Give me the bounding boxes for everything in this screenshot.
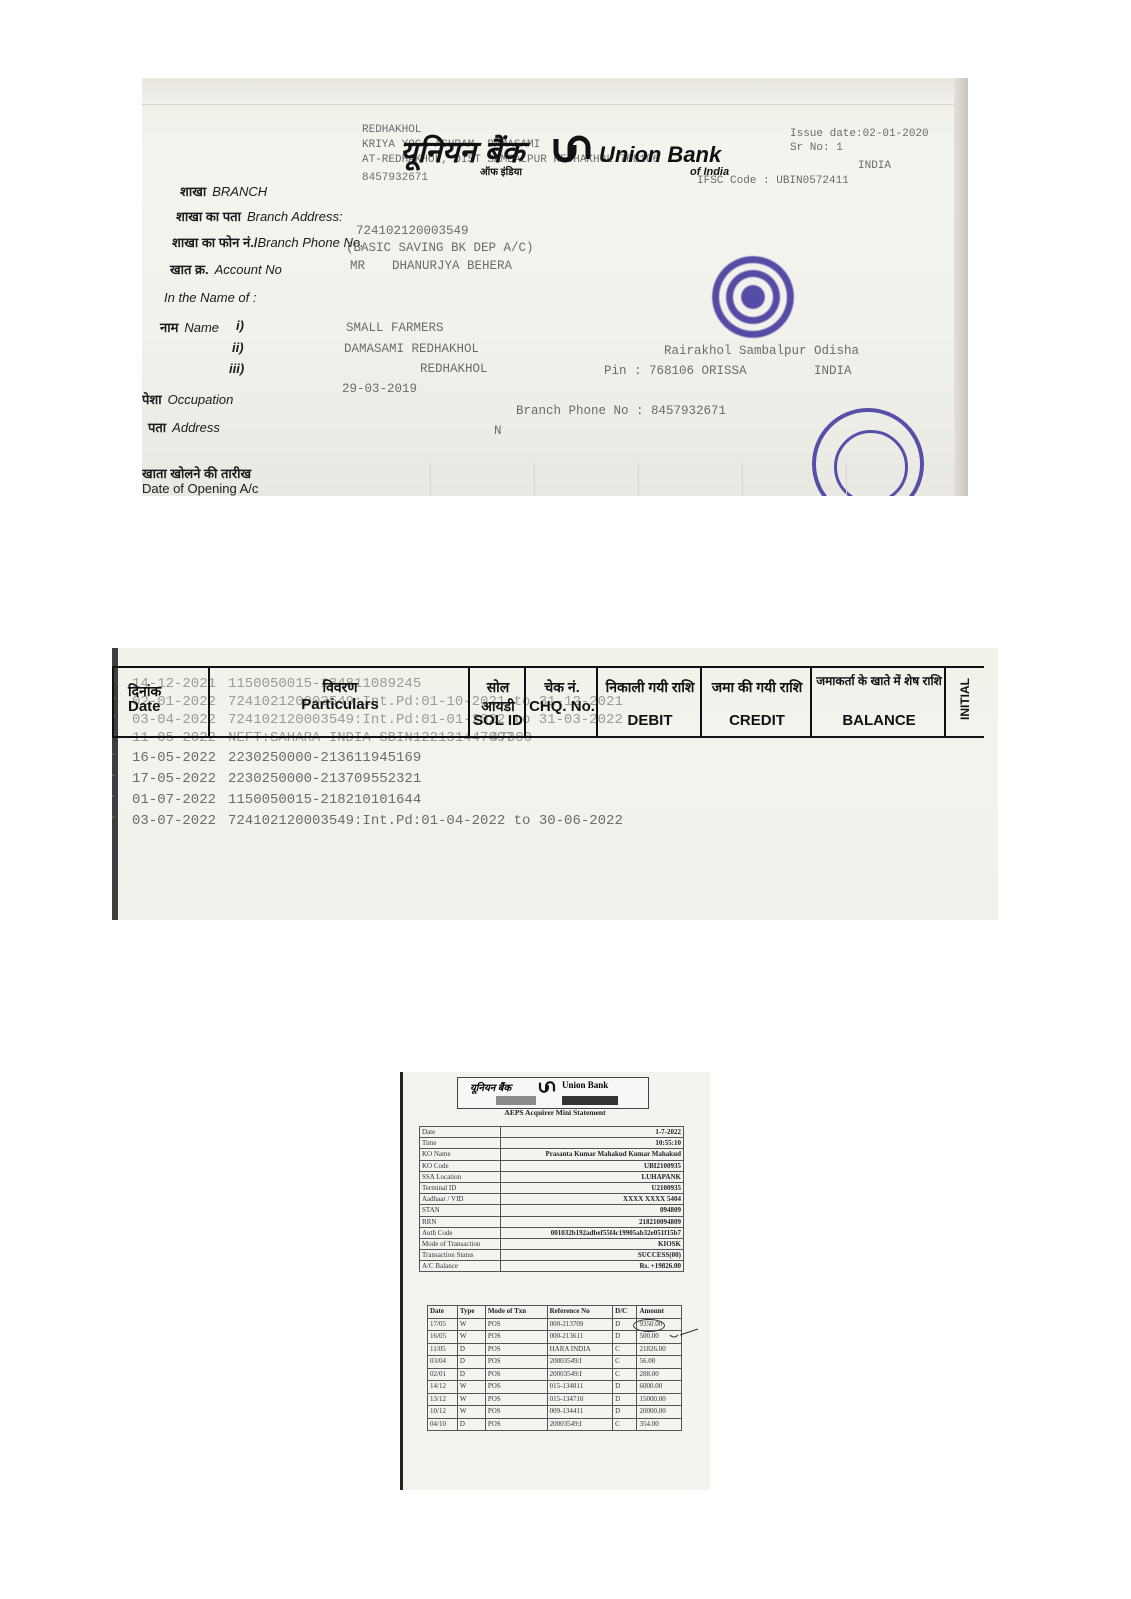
tx-cell: POS [485,1381,547,1394]
field-value: LUHAPANK [501,1171,684,1182]
tx-cell: POS [485,1343,547,1356]
ink-stamp-top [712,256,794,338]
field-value: SUCCESS(00) [501,1250,684,1261]
label-name: नामName [160,318,219,336]
address-country: INDIA [814,364,852,378]
row-particulars: 724102120003549:Int.Pd:01-04-2022 to 30-… [228,813,623,829]
field-label: Auth Code [420,1227,501,1238]
receipt-logo-hindi: यूनियन बैंक [470,1080,511,1094]
union-bank-logo-icon [538,1080,556,1094]
tx-cell: POS [485,1406,547,1419]
tx-cell: D [457,1356,485,1369]
name-line-2: DAMASAMI REDHAKHOL [344,342,479,356]
tx-cell: POS [485,1318,547,1331]
tx-cell: POS [485,1418,547,1431]
pen-circle-mark [633,1319,665,1332]
row-date: 03-07-2022 [132,813,216,829]
tx-cell: 10/12 [428,1406,458,1419]
row-balance: 933.00Cr [112,813,116,829]
tx-column-header: Mode of Txn [485,1306,547,1319]
field-label: Transaction Status [420,1250,501,1261]
receipt-field-row: KO CodeUBI2100935 [420,1160,684,1171]
field-value: 094809 [501,1205,684,1216]
tx-row: 14/12WPOS015-134811D6000.00 [428,1381,682,1394]
tx-cell: 20003549:I [547,1368,613,1381]
tx-cell: 288.00 [637,1368,682,1381]
receipt-logo-english: Union Bank [562,1080,608,1090]
label-opening-date-en: Date of Opening A/c [142,481,258,496]
tx-cell: 14/12 [428,1381,458,1394]
tx-cell: 20003549:I [547,1356,613,1369]
row-date: 16-05-2022 [132,750,216,766]
tx-cell: W [457,1318,485,1331]
receipt-field-row: Auth Code001032b192adbef55f4c19905ab32e0… [420,1227,684,1238]
label-name-iii: iii) [229,361,244,376]
receipt-details-table: Date1-7-2022Time10:55:10KO NamePrasanta … [419,1126,684,1272]
field-label: Aadhaar / VID [420,1194,501,1205]
field-value: KIOSK [501,1238,684,1249]
serial-number: Sr No: 1 [790,142,843,154]
tx-row: 03/04DPOS20003549:IC56.00 [428,1356,682,1369]
opening-date-value: 29-03-2019 [342,382,417,396]
tx-column-header: Reference No [547,1306,613,1319]
tx-cell: W [457,1406,485,1419]
tx-cell: 20000.00 [637,1406,682,1419]
tx-column-header: D/C [613,1306,637,1319]
column-header-balance: जमाकर्ता के खाते में शेष राशि BALANCE [810,666,946,738]
account-number: 724102120003549 [356,224,469,238]
tx-cell: 11/05 [428,1343,458,1356]
tx-cell: D [613,1406,637,1419]
receipt-field-row: A/C BalanceRs. +19826.00 [420,1261,684,1272]
faded-table-header-row [430,462,950,496]
passbook-statement-page: 14-12-20211150050015-1348110892456000.00… [112,648,998,920]
field-label: Time [420,1138,501,1149]
field-value: UBI2100935 [501,1160,684,1171]
tx-row: 13/12WPOS015-134710D15000.00 [428,1393,682,1406]
field-label: Terminal ID [420,1182,501,1193]
column-header-cheque-no: चेक नं. CHQ. No. [524,666,598,738]
receipt-edge [400,1072,403,1490]
row-particulars: 2230250000-213709552321 [228,771,421,787]
bank-logo-english: Union Bank [599,142,721,168]
column-header-particulars: विवरण Particulars [208,666,470,738]
tx-cell: 354.00 [637,1418,682,1431]
row-date: 17-05-2022 [132,771,216,787]
npci-logo-icon [562,1096,618,1105]
tx-cell: 009-134411 [547,1406,613,1419]
row-balance: 19826.00Cr [112,771,116,787]
tx-cell: 03/04 [428,1356,458,1369]
tx-cell: W [457,1381,485,1394]
label-branch-address: शाखा का पताBranch Address: [176,207,343,225]
country-top: INDIA [858,160,891,172]
bank-logo-hindi-sub: ऑफ इंडिया [480,164,522,178]
tx-cell: D [457,1343,485,1356]
receipt-field-row: Terminal IDU2100935 [420,1182,684,1193]
tx-cell: 015-134710 [547,1393,613,1406]
receipt-field-row: Date1-7-2022 [420,1127,684,1138]
receipt-logo-banner: यूनियन बैंक Union Bank [457,1077,649,1109]
tx-row: 04/10DPOS20003549:IC354.00 [428,1418,682,1431]
tx-cell: 13/12 [428,1393,458,1406]
holder-name: DHANURJYA BEHERA [392,259,512,273]
field-label: RRN [420,1216,501,1227]
column-header-sol-id: सोल आयडी SOL ID [468,666,526,738]
tx-row: 02/01DPOS20003549:IC288.00 [428,1368,682,1381]
address-line-1: Rairakhol Sambalpur Odisha [664,344,859,358]
receipt-field-row: Transaction StatusSUCCESS(00) [420,1250,684,1261]
field-label: SSA Location [420,1171,501,1182]
tx-cell: 21826.00 [637,1343,682,1356]
field-value: Rs. +19826.00 [501,1261,684,1272]
tx-cell: HARA INDIA [547,1343,613,1356]
name-line-3: REDHAKHOL [420,362,488,376]
tx-cell: 000-213709 [547,1318,613,1331]
field-label: Date [420,1127,501,1138]
field-label: STAN [420,1205,501,1216]
field-value: 10:55:10 [501,1138,684,1149]
tx-row: 16/05WPOS000-213611D500.00 [428,1331,682,1344]
field-value: 218210094809 [501,1216,684,1227]
label-in-name-of: In the Name of : [164,290,257,305]
tx-cell: 015-134811 [547,1381,613,1394]
aeps-mini-statement-receipt: यूनियन बैंक Union Bank AEPS Acquirer Min… [400,1072,710,1490]
field-value: 001032b192adbef55f4c19905ab32e051f15b7 [501,1227,684,1238]
tx-row: 10/12WPOS009-134411D20000.00 [428,1406,682,1419]
column-header-date: दिनांक Date [112,666,210,738]
tx-cell: D [613,1381,637,1394]
address-pin: Pin : 768106 ORISSA [604,364,747,378]
passbook-front-page: REDHAKHOL KRIYA YOGA ASHRAM, DAMASAMI AT… [142,78,968,496]
ifsc-code: IFSC Code : UBIN0572411 [697,175,849,187]
label-opening-date-hi: खाता खोलने की तारीख [142,464,251,482]
tx-cell: 56.00 [637,1356,682,1369]
row-particulars: 2230250000-213611945169 [228,750,421,766]
tx-cell: 000-213611 [547,1331,613,1344]
label-branch: शाखाBRANCH [180,182,267,200]
account-type: (BASIC SAVING BK DEP A/C) [346,241,534,255]
label-name-i: i) [236,318,244,333]
label-occupation: पेशाOccupation [142,390,233,408]
receipt-field-row: Mode of TransactionKIOSK [420,1238,684,1249]
field-value: 1-7-2022 [501,1127,684,1138]
tx-cell: 20003549:I [547,1418,613,1431]
field-value: Prasanta Kumar Mahakud Kumar Mahakud [501,1149,684,1160]
receipt-title: AEPS Acquirer Mini Statement [400,1108,710,1117]
tx-cell: POS [485,1331,547,1344]
tx-row: 11/05DPOSHARA INDIAC21826.00 [428,1343,682,1356]
tx-cell: C [613,1368,637,1381]
field-label: KO Name [420,1149,501,1160]
tx-cell: POS [485,1356,547,1369]
row-balance: 29176.00Cr [112,750,116,766]
tx-cell: 17/05 [428,1318,458,1331]
field-label: KO Code [420,1160,501,1171]
tx-cell: POS [485,1393,547,1406]
tx-cell: POS [485,1368,547,1381]
branch-header-line-4: 8457932671 [362,172,428,184]
tx-cell: C [613,1343,637,1356]
name-line-1: SMALL FARMERS [346,321,444,335]
tx-column-header: Amount [637,1306,682,1319]
receipt-field-row: RRN218210094809 [420,1216,684,1227]
issue-date: Issue date:02-01-2020 [790,128,929,140]
column-header-initial: INITIAL [944,666,984,738]
tx-cell: 6000.00 [637,1381,682,1394]
union-bank-logo-icon [552,133,592,165]
tx-cell: D [457,1368,485,1381]
tx-cell: 02/01 [428,1368,458,1381]
tx-cell: D [457,1418,485,1431]
column-header-debit: निकाली गयी राशि DEBIT [596,666,702,738]
tx-cell: W [457,1331,485,1344]
tx-cell: 16/05 [428,1331,458,1344]
receipt-field-row: STAN094809 [420,1205,684,1216]
field-value: U2100935 [501,1182,684,1193]
aeps-logo-icon [496,1096,536,1105]
field-label: A/C Balance [420,1261,501,1272]
page-fold [954,78,968,496]
tx-cell: C [613,1356,637,1369]
label-name-ii: ii) [232,340,244,355]
label-branch-phone: शाखा का फोन नं./Branch Phone No. [172,233,364,251]
row-date: 01-07-2022 [132,792,216,808]
label-address: पताAddress [148,418,220,436]
receipt-field-row: KO NamePrasanta Kumar Mahakud Kumar Maha… [420,1149,684,1160]
nomination-flag: N [494,424,502,438]
tx-cell: D [613,1393,637,1406]
pen-tick-mark [668,1327,700,1341]
row-particulars: 1150050015-218210101644 [228,792,421,808]
receipt-field-row: SSA LocationLUHAPANK [420,1171,684,1182]
tx-cell: 04/10 [428,1418,458,1431]
tx-cell: C [613,1418,637,1431]
field-value: XXXX XXXX 5404 [501,1194,684,1205]
field-label: Mode of Transaction [420,1238,501,1249]
branch-phone-value: Branch Phone No : 8457932671 [516,404,726,418]
tx-column-header: Date [428,1306,458,1319]
label-account-no: खात क्र.Account No [170,260,282,278]
tx-column-header: Type [457,1306,485,1319]
holder-title: MR [350,259,365,273]
column-header-credit: जमा की गयी राशि CREDIT [700,666,812,738]
tx-cell: D [613,1331,637,1344]
receipt-field-row: Time10:55:10 [420,1138,684,1149]
tx-cell: W [457,1393,485,1406]
receipt-field-row: Aadhaar / VIDXXXX XXXX 5404 [420,1194,684,1205]
tx-cell: 15000.00 [637,1393,682,1406]
row-balance: 826.00Cr [112,792,116,808]
